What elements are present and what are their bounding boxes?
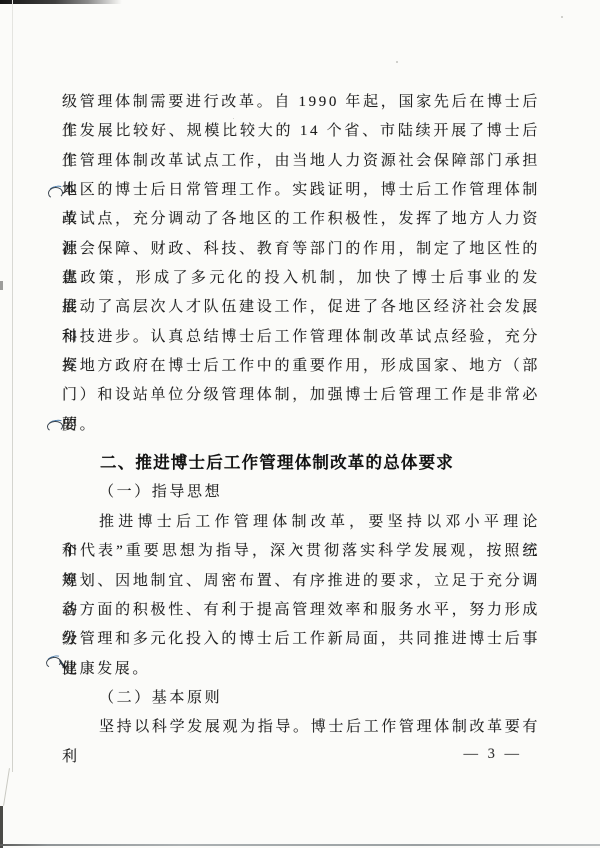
scan-edge-shadow-top	[0, 0, 122, 4]
pen-mark-arc-icon	[47, 420, 64, 432]
subsection-heading: （一）指导思想	[62, 478, 540, 507]
body-text-line: 各方面的积极性、有利于提高管理效率和服务水平，努力形成分	[62, 596, 540, 625]
pen-mark-dark-stroke	[47, 420, 64, 432]
body-text-line: 惠政策，形成了多元化的投入机制，加快了博士后事业的发展，	[62, 264, 540, 293]
body-text-line: 作发展比较好、规模比较大的 14 个省、市陆续开展了博士后工	[62, 117, 540, 146]
page-number: — 3 —	[62, 744, 522, 764]
scan-speck	[561, 16, 563, 18]
scan-fold-diagonal-line	[3, 768, 10, 806]
body-text-line: 推动了高层次人才队伍建设工作，促进了各地区经济社会发展和	[62, 293, 540, 322]
body-text-line: 级管理和多元化投入的博士后工作新局面，共同推进博士后事业	[62, 625, 540, 654]
scan-speck	[396, 61, 398, 63]
pen-mark-arc-icon	[45, 656, 62, 669]
body-text-line: 个代表”重要思想为指导，深入贯彻落实科学发展观，按照统筹	[62, 537, 540, 566]
body-text-line: 科技进步。认真总结博士后工作管理体制改革试点经验，充分发	[62, 323, 540, 352]
body-text-line: 门）和设站单位分级管理体制，加强博士后管理工作是非常必要	[62, 381, 540, 410]
body-text-line: 级管理体制需要进行改革。自 1990 年起，国家先后在博士后工	[62, 88, 540, 117]
body-text-line: 健康发展。	[62, 655, 540, 684]
body-text-line: 革试点，充分调动了各地区的工作积极性，发挥了地方人力资源	[62, 205, 540, 234]
section-heading: 二、推进博士后工作管理体制改革的总体要求	[62, 449, 540, 478]
body-text-line: 规划、因地制宜、周密布置、有序推进的要求，立足于充分调动	[62, 567, 540, 596]
body-text-line: 坚持以科学发展观为指导。博士后工作管理体制改革要有利	[62, 713, 540, 742]
body-text-line: 挥地方政府在博士后工作中的重要作用，形成国家、地方（部	[62, 352, 540, 381]
scan-fold-vertical-line	[12, 0, 13, 772]
scan-smudge	[0, 281, 3, 290]
body-text-line: 的。	[62, 411, 540, 440]
document-text-block: 级管理体制需要进行改革。自 1990 年起，国家先后在博士后工 作发展比较好、规…	[62, 88, 540, 743]
scan-edge-shadow-bottom-left	[0, 806, 3, 848]
scan-edge-shadow-bottom	[0, 844, 600, 846]
body-text-line: 地区的博士后日常管理工作。实践证明，博士后工作管理体制改	[62, 176, 540, 205]
body-text-line: 作管理体制改革试点工作，由当地人力资源社会保障部门承担本	[62, 147, 540, 176]
body-text-line: 社会保障、财政、科技、教育等部门的作用，制定了地区性的优	[62, 235, 540, 264]
subsection-heading: （二）基本原则	[62, 684, 540, 713]
body-text-line: 推进博士后工作管理体制改革，要坚持以邓小平理论和“三	[62, 508, 540, 537]
